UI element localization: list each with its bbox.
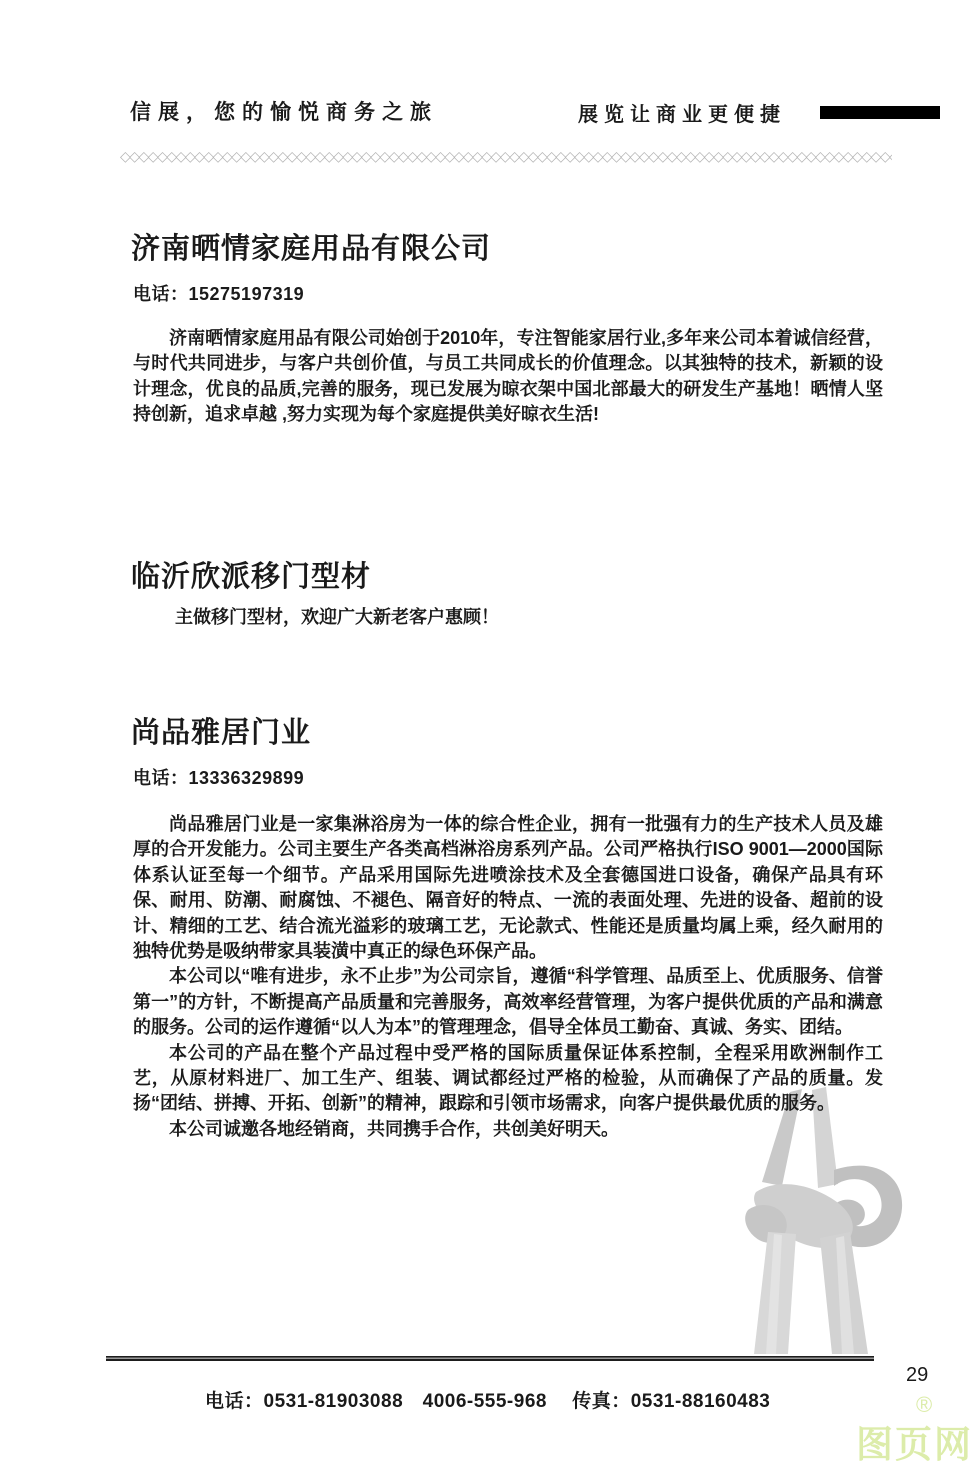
brand-watermark-text: 图页网: [856, 1424, 973, 1465]
company-2-name: 临沂欣派移门型材: [131, 554, 371, 595]
company-1-phone: 电话：15275197319: [133, 280, 304, 306]
paragraph: 本公司诚邀各地经销商，共同携手合作，共创美好明天。: [133, 1117, 883, 1142]
paragraph: 本公司的产品在整个产品过程中受严格的国际质量保证体系控制，全程采用欧洲制作工艺，…: [133, 1041, 883, 1117]
diamond-divider: ◇◇◇◇◇◇◇◇◇◇◇◇◇◇◇◇◇◇◇◇◇◇◇◇◇◇◇◇◇◇◇◇◇◇◇◇◇◇◇◇…: [120, 146, 892, 166]
company-3-name: 尚品雅居门业: [131, 710, 311, 751]
paragraph: 本公司以“唯有进步，永不止步”为公司宗旨，遵循“科学管理、品质至上、优质服务、信…: [133, 964, 883, 1040]
header-left-slogan: 信展，您的愉悦商务之旅: [130, 96, 438, 126]
brand-watermark: 图页网 ®: [856, 1414, 973, 1468]
company-1-description: 济南晒情家庭用品有限公司始创于2010年，专注智能家居行业,多年来公司本着诚信经…: [133, 326, 883, 428]
paragraph: 尚品雅居门业是一家集淋浴房为一体的综合性企业，拥有一批强有力的生产技术人员及雄厚…: [133, 812, 883, 964]
footer-rule: [106, 1356, 874, 1361]
footer-contact-line: 电话：0531-81903088 4006-555-968 传真：0531-88…: [205, 1386, 770, 1413]
header-right-slogan: 展览让商业更便捷: [578, 98, 786, 127]
paragraph: 济南晒情家庭用品有限公司始创于2010年，专注智能家居行业,多年来公司本着诚信经…: [133, 326, 883, 428]
header-black-bar: [820, 106, 940, 119]
registered-trademark-icon: ®: [916, 1392, 932, 1418]
company-3-description: 尚品雅居门业是一家集淋浴房为一体的综合性企业，拥有一批强有力的生产技术人员及雄厚…: [133, 812, 883, 1142]
page-number: 29: [906, 1364, 928, 1387]
company-3-phone: 电话：13336329899: [133, 764, 304, 790]
company-2-tagline: 主做移门型材，欢迎广大新老客户惠顾！: [175, 603, 499, 629]
company-1-name: 济南晒情家庭用品有限公司: [131, 226, 491, 267]
